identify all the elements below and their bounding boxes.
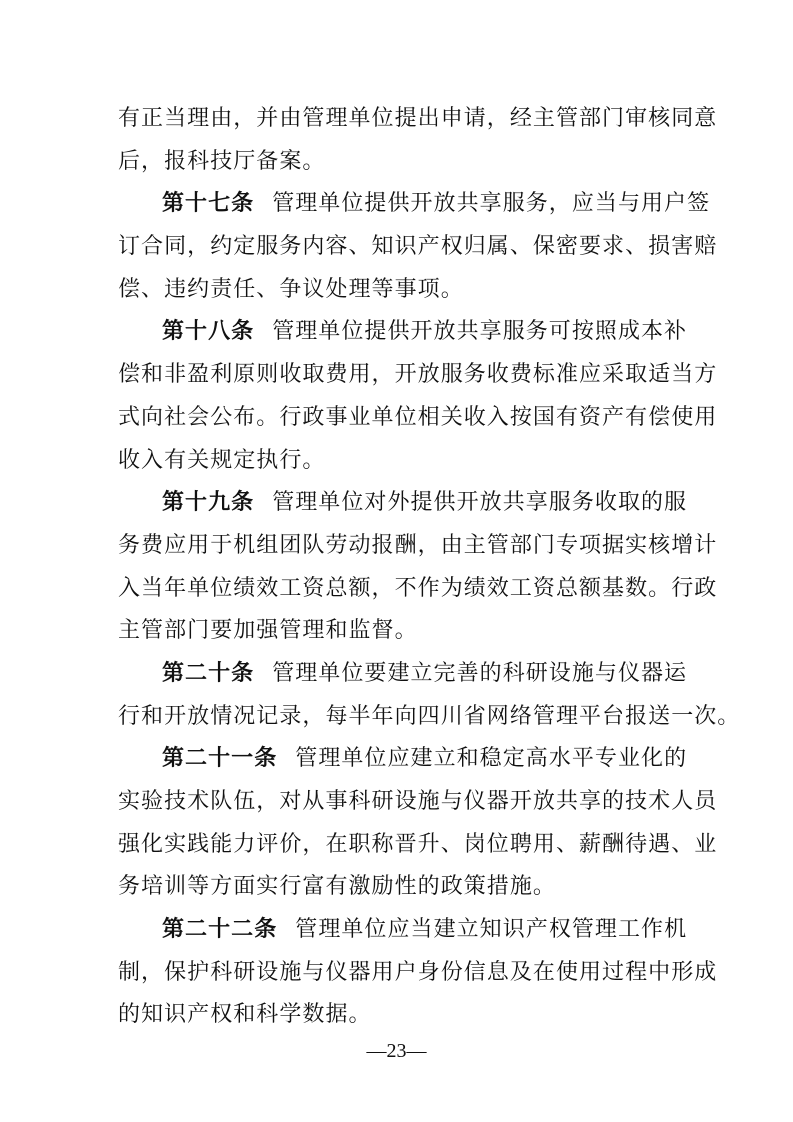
text-line: 有正当理由，并由管理单位提出申请，经主管部门审核同意 [118,98,693,141]
text-line: 务培训等方面实行富有激励性的政策措施。 [118,866,693,909]
article-text: 管理单位提供开放共享服务可按照成本补 [272,319,687,344]
text-line: 订合同，约定服务内容、知识产权归属、保密要求、损害赔 [118,226,693,269]
text-line: 制，保护科研设施与仪器用户身份信息及在使用过程中形成 [118,952,693,995]
text-line: 强化实践能力评价，在职称晋升、岗位聘用、薪酬待遇、业 [118,824,693,867]
text-line: 入当年单位绩效工资总额，不作为绩效工资总额基数。行政 [118,568,693,611]
text-line: 后，报科技厅备案。 [118,141,693,184]
article-title: 第二十一条 [162,746,277,771]
text-line: 收入有关规定执行。 [118,440,693,483]
text-line: 主管部门要加强管理和监督。 [118,610,693,653]
article-text: 管理单位提供开放共享服务，应当与用户签 [272,191,710,216]
article-text: 管理单位应当建立知识产权管理工作机 [295,917,687,942]
text-line: 偿、违约责任、争议处理等事项。 [118,269,693,312]
text-line: 务费应用于机组团队劳动报酬，由主管部门专项据实核增计 [118,525,693,568]
article-20: 第二十条管理单位要建立完善的科研设施与仪器运 行和开放情况记录，每半年向四川省网… [118,653,693,738]
article-19: 第十九条管理单位对外提供开放共享服务收取的服 务费应用于机组团队劳动报酬，由主管… [118,482,693,653]
article-18: 第十八条管理单位提供开放共享服务可按照成本补 偿和非盈利原则收取费用，开放服务收… [118,311,693,482]
page-number: —23— [0,1040,793,1063]
text-line: 行和开放情况记录，每半年向四川省网络管理平台报送一次。 [118,696,693,739]
article-title: 第十七条 [162,191,254,216]
article-text: 管理单位对外提供开放共享服务收取的服 [272,490,687,515]
text-line: 的知识产权和科学数据。 [118,994,693,1037]
text-line: 式向社会公布。行政事业单位相关收入按国有资产有偿使用 [118,397,693,440]
article-title: 第二十二条 [162,917,277,942]
article-22: 第二十二条管理单位应当建立知识产权管理工作机 制，保护科研设施与仪器用户身份信息… [118,909,693,1037]
text-line: 偿和非盈利原则收取费用，开放服务收费标准应采取适当方 [118,354,693,397]
article-title: 第十八条 [162,319,254,344]
article-title: 第二十条 [162,661,254,686]
article-text: 管理单位要建立完善的科研设施与仪器运 [272,661,687,686]
article-17: 第十七条管理单位提供开放共享服务，应当与用户签 订合同，约定服务内容、知识产权归… [118,183,693,311]
article-text: 管理单位应建立和稳定高水平专业化的 [295,746,687,771]
document-page: 有正当理由，并由管理单位提出申请，经主管部门审核同意 后，报科技厅备案。 第十七… [118,98,693,1037]
text-line: 实验技术队伍，对从事科研设施与仪器开放共享的技术人员 [118,781,693,824]
article-title: 第十九条 [162,490,254,515]
article-21: 第二十一条管理单位应建立和稳定高水平专业化的 实验技术队伍，对从事科研设施与仪器… [118,738,693,909]
